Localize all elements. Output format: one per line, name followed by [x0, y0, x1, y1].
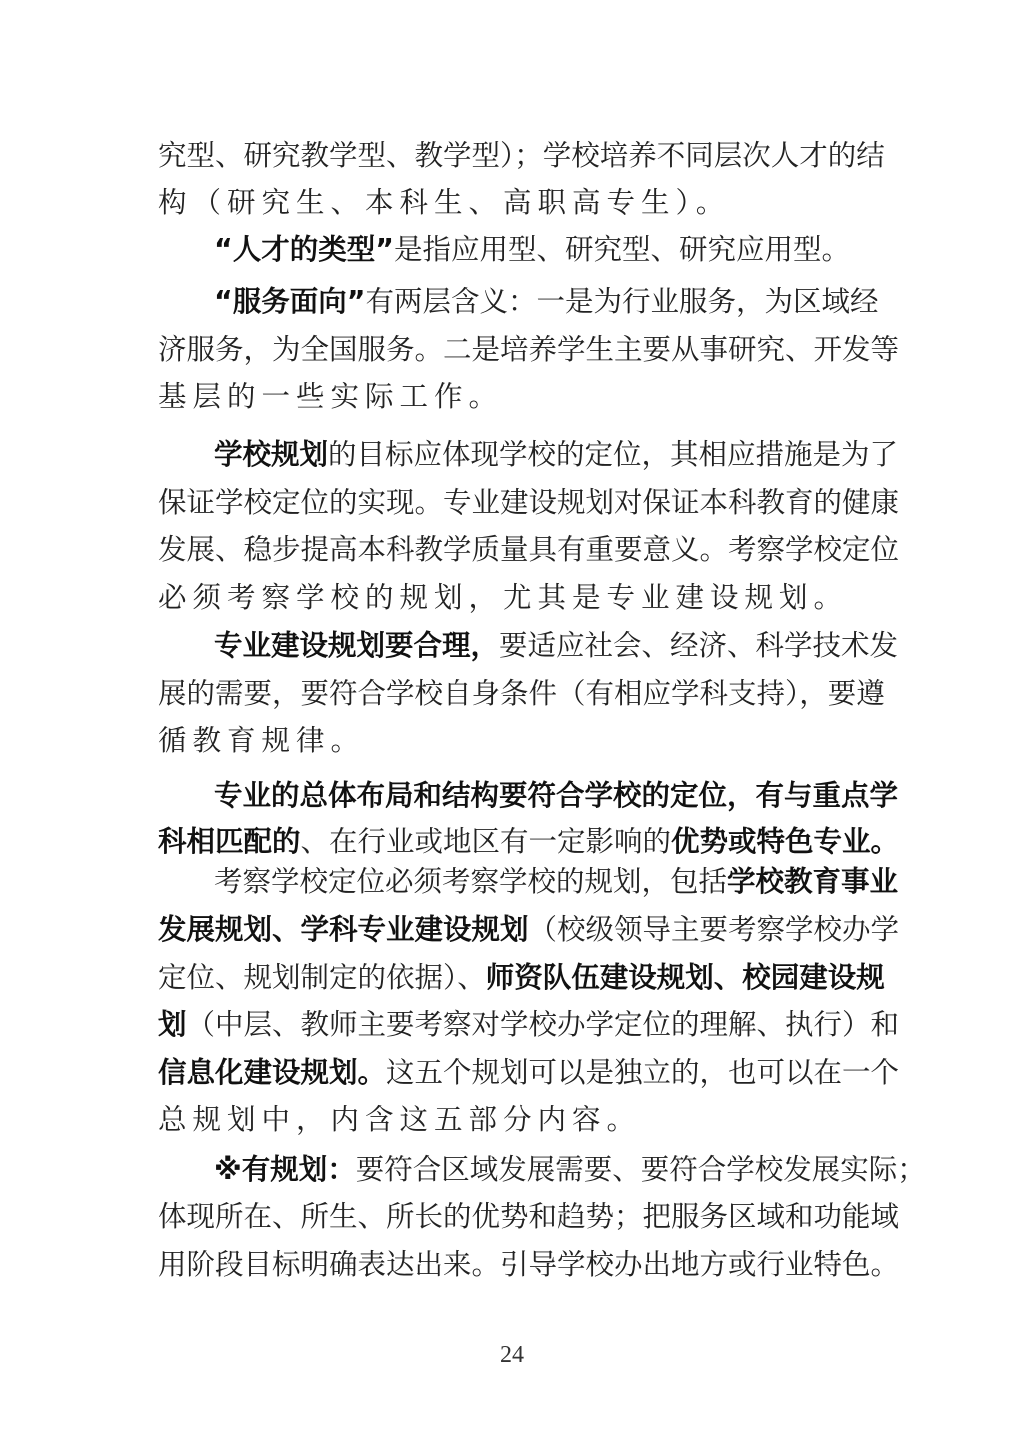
paragraph-line: 定位、规划制定的依据）、师资队伍建设规划、校园建设规 [158, 958, 870, 998]
text-run: （中层、教师主要考察对学校办学定位的理解、执行）和 [187, 1008, 900, 1041]
bold-term: “人才的类型” [214, 233, 394, 266]
paragraph-line: 划（中层、教师主要考察对学校办学定位的理解、执行）和 [158, 1005, 870, 1045]
paragraph-line: 济服务，为全国服务。二是培养学生主要从事研究、开发等 [158, 330, 870, 370]
paragraph-line: ※有规划：要符合区域发展需要、要符合学校发展实际； [214, 1150, 870, 1190]
paragraph-line: “服务面向”有两层含义：一是为行业服务，为区域经 [214, 282, 870, 322]
paragraph-line: 学校规划的目标应体现学校的定位，其相应措施是为了 [214, 435, 870, 475]
text-run: （校级领导主要考察学校办学 [529, 913, 900, 946]
paragraph-line: 总规划中，内含这五部分内容。 [158, 1100, 870, 1140]
bold-term: 学校规划 [214, 438, 328, 471]
text-run: 定位、规划制定的依据）、 [158, 961, 486, 994]
text-run: 用阶段目标明确表达出来。引导学校办出地方或行业特色。 [158, 1248, 899, 1281]
paragraph-line: 基层的一些实际工作。 [158, 377, 870, 417]
text-run: 考察学校定位必须考察学校的规划，包括 [214, 865, 727, 898]
bold-term: 发展规划、学科专业建设规划 [158, 913, 529, 946]
paragraph-line: 发展、稳步提高本科教学质量具有重要意义。考察学校定位 [158, 530, 870, 570]
text-run: 必须考察学校的规划，尤其是专业建设规划。 [158, 581, 848, 614]
bold-term: 信息化建设规划。 [158, 1056, 386, 1089]
bold-term: 师资队伍建设规划、校园建设规 [486, 961, 885, 994]
bold-term: “服务面向” [214, 285, 365, 318]
bold-term: 学校教育事业 [727, 865, 898, 898]
paragraph-line: 保证学校定位的实现。专业建设规划对保证本科教育的健康 [158, 483, 870, 523]
paragraph-line: 信息化建设规划。这五个规划可以是独立的，也可以在一个 [158, 1053, 870, 1093]
paragraph-line: 循教育规律。 [158, 721, 870, 761]
text-run: 总规划中，内含这五部分内容。 [158, 1103, 641, 1136]
document-page: 究型、研究教学型、教学型）；学校培养不同层次人才的结 构（研究生、本科生、高职高… [0, 0, 1024, 1448]
page-number: 24 [0, 1342, 1024, 1369]
text-run: 究型、研究教学型、教学型）；学校培养不同层次人才的结 [158, 139, 885, 172]
bold-term: ※有规划： [214, 1153, 356, 1186]
bold-term: 科相匹配的 [158, 825, 301, 858]
text-run: 保证学校定位的实现。专业建设规划对保证本科教育的健康 [158, 486, 899, 519]
paragraph-line: 构（研究生、本科生、高职高专生）。 [158, 183, 870, 223]
paragraph-line: 用阶段目标明确表达出来。引导学校办出地方或行业特色。 [158, 1245, 870, 1285]
bold-term: 优势或特色专业。 [671, 825, 899, 858]
paragraph-line: 展的需要，要符合学校自身条件（有相应学科支持），要遵 [158, 674, 870, 714]
text-run: 发展、稳步提高本科教学质量具有重要意义。考察学校定位 [158, 533, 899, 566]
text-run: 体现所在、所生、所长的优势和趋势；把服务区域和功能域 [158, 1200, 899, 1233]
text-run: 的目标应体现学校的定位，其相应措施是为了 [328, 438, 898, 471]
paragraph-line: 考察学校定位必须考察学校的规划，包括学校教育事业 [214, 862, 870, 902]
paragraph-line: 科相匹配的、在行业或地区有一定影响的优势或特色专业。 [158, 822, 870, 862]
bold-term: 专业的总体布局和结构要符合学校的定位，有与重点学 [214, 779, 898, 812]
text-run: 要符合区域发展需要、要符合学校发展实际； [356, 1153, 926, 1186]
text-run: 济服务，为全国服务。二是培养学生主要从事研究、开发等 [158, 333, 899, 366]
bold-term: 专业建设规划要合理， [214, 629, 499, 662]
paragraph-line: 究型、研究教学型、教学型）；学校培养不同层次人才的结 [158, 136, 870, 176]
paragraph-line: 体现所在、所生、所长的优势和趋势；把服务区域和功能域 [158, 1197, 870, 1237]
text-run: 有两层含义：一是为行业服务，为区域经 [365, 285, 878, 318]
text-run: 展的需要，要符合学校自身条件（有相应学科支持），要遵 [158, 677, 885, 710]
text-run: 基层的一些实际工作。 [158, 380, 503, 413]
text-run: 、在行业或地区有一定影响的 [301, 825, 672, 858]
text-run: 循教育规律。 [158, 724, 365, 757]
paragraph-line: 专业建设规划要合理，要适应社会、经济、科学技术发 [214, 626, 870, 666]
text-run: 构（研究生、本科生、高职高专生）。 [158, 186, 730, 219]
paragraph-line: 发展规划、学科专业建设规划（校级领导主要考察学校办学 [158, 910, 870, 950]
paragraph-line: 必须考察学校的规划，尤其是专业建设规划。 [158, 578, 870, 618]
text-run: 要适应社会、经济、科学技术发 [499, 629, 898, 662]
text-run: 是指应用型、研究型、研究应用型。 [394, 233, 850, 266]
bold-term: 划 [158, 1008, 187, 1041]
paragraph-line: “人才的类型”是指应用型、研究型、研究应用型。 [214, 230, 870, 270]
paragraph-line: 专业的总体布局和结构要符合学校的定位，有与重点学 [214, 776, 870, 816]
text-run: 这五个规划可以是独立的，也可以在一个 [386, 1056, 899, 1089]
